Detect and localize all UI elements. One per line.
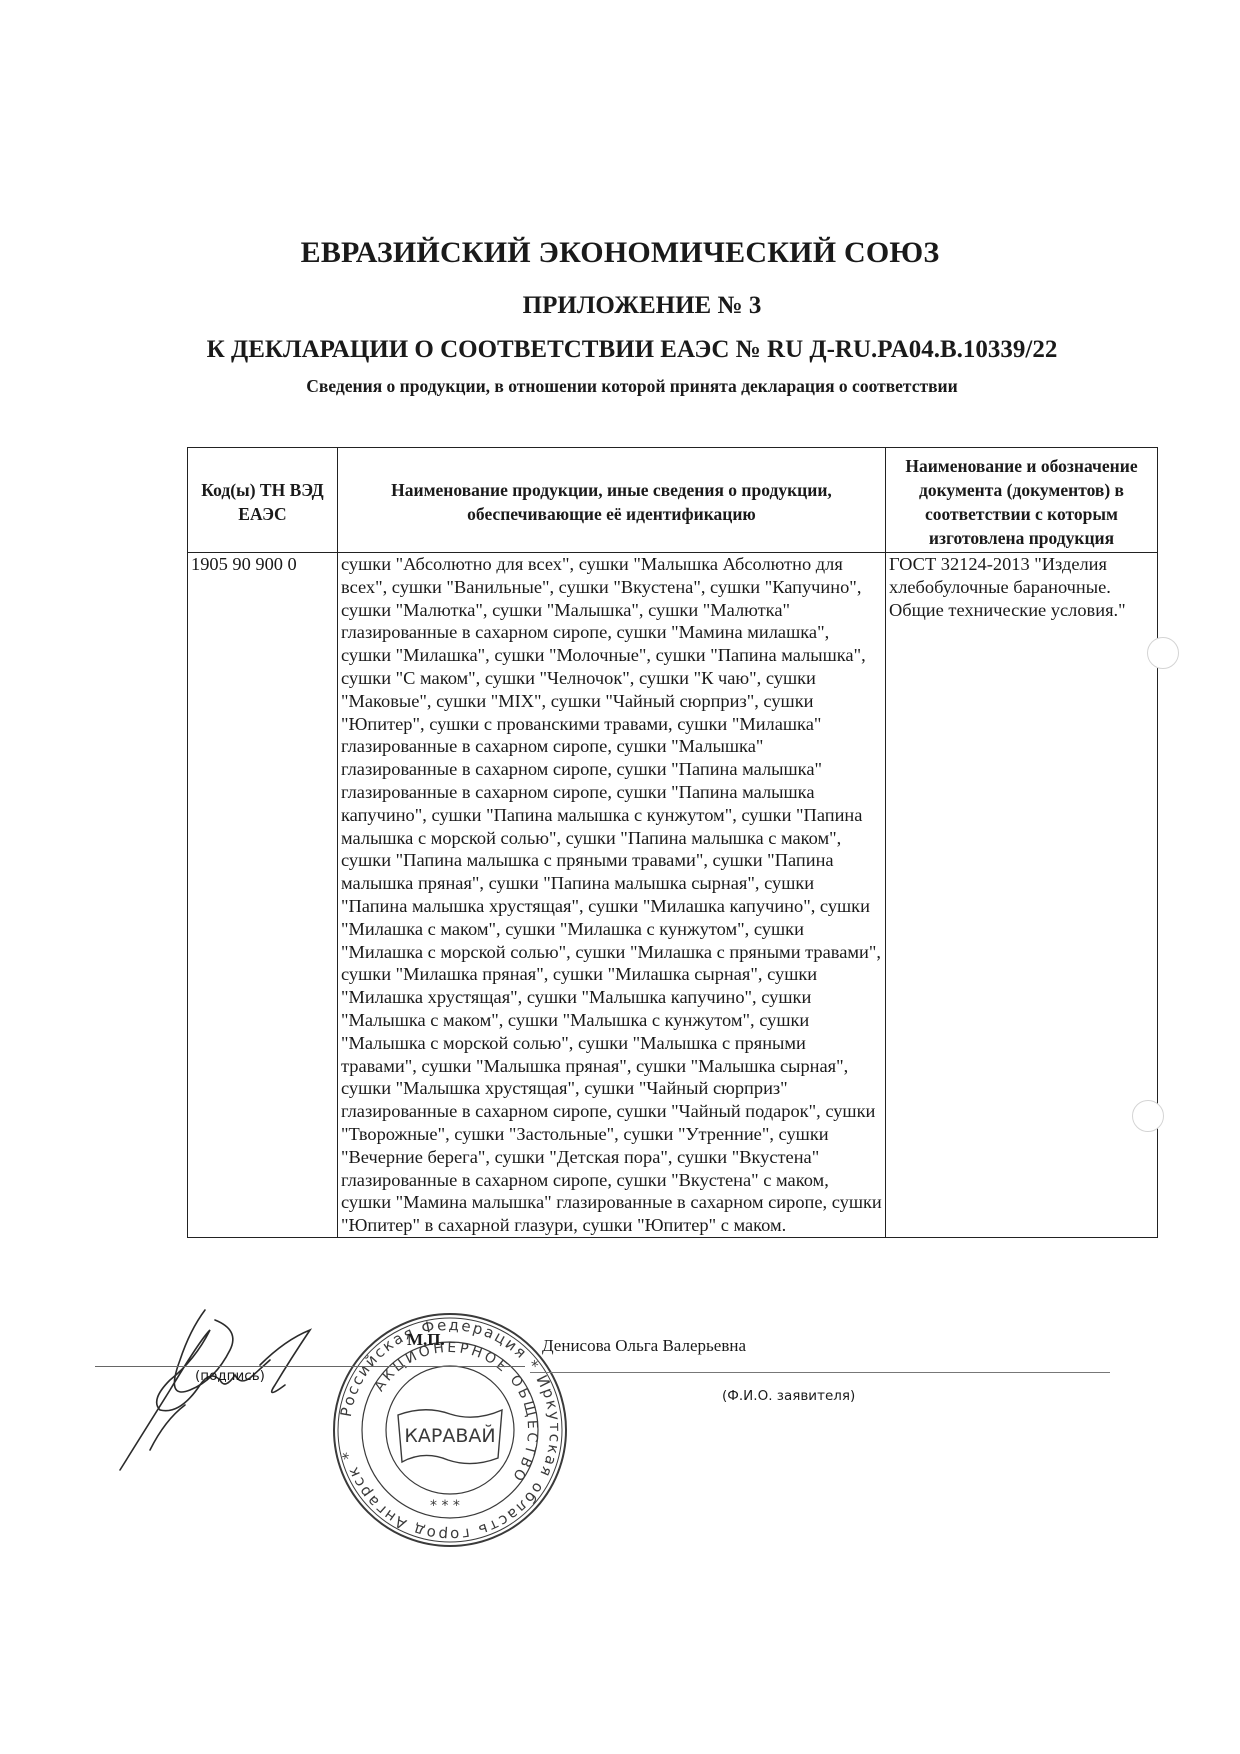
column-header-product: Наименование продукции, иные сведения о …: [338, 448, 886, 553]
applicant-label: (Ф.И.О. заявителя): [722, 1388, 855, 1404]
table-header-row: Код(ы) ТН ВЭД ЕАЭС Наименование продукци…: [188, 448, 1158, 553]
appendix-title: ПРИЛОЖЕНИЕ № 3: [22, 292, 1240, 320]
svg-text:КАРАВАЙ: КАРАВАЙ: [404, 1424, 495, 1447]
declaration-title: К ДЕКЛАРАЦИИ О СООТВЕТСТВИИ ЕАЭС № RU Д-…: [12, 336, 1240, 364]
table-row: 1905 90 900 0 сушки "Абсолютно для всех"…: [188, 553, 1158, 1238]
standard-document: ГОСТ 32124-2013 "Изделия хлебобулочные б…: [886, 553, 1158, 1238]
svg-text:АКЦИОНЕРНОЕ ОБЩЕСТВО: АКЦИОНЕРНОЕ ОБЩЕСТВО: [371, 1340, 540, 1486]
punch-hole-mark: [1132, 1100, 1164, 1132]
tn-ved-code: 1905 90 900 0: [188, 553, 338, 1238]
product-table: Код(ы) ТН ВЭД ЕАЭС Наименование продукци…: [187, 447, 1158, 1238]
seal-label: М.П.: [407, 1330, 445, 1350]
column-header-code: Код(ы) ТН ВЭД ЕАЭС: [188, 448, 338, 553]
document-subtitle: Сведения о продукции, в отношении которо…: [12, 376, 1240, 397]
signature-label: (подпись): [195, 1368, 265, 1384]
applicant-name: Денисова Ольга Валерьевна: [542, 1336, 746, 1356]
company-seal-icon: Российская Федерация * Иркутская область…: [330, 1310, 570, 1550]
svg-text:* * *: * * *: [430, 1498, 460, 1514]
punch-hole-mark: [1147, 637, 1179, 669]
column-header-standard: Наименование и обозначение документа (до…: [886, 448, 1158, 553]
product-description: сушки "Абсолютно для всех", сушки "Малыш…: [338, 553, 886, 1238]
signature-line: [95, 1366, 525, 1367]
name-line: [530, 1372, 1110, 1373]
union-title: ЕВРАЗИЙСКИЙ ЭКОНОМИЧЕСКИЙ СОЮЗ: [0, 236, 1240, 270]
